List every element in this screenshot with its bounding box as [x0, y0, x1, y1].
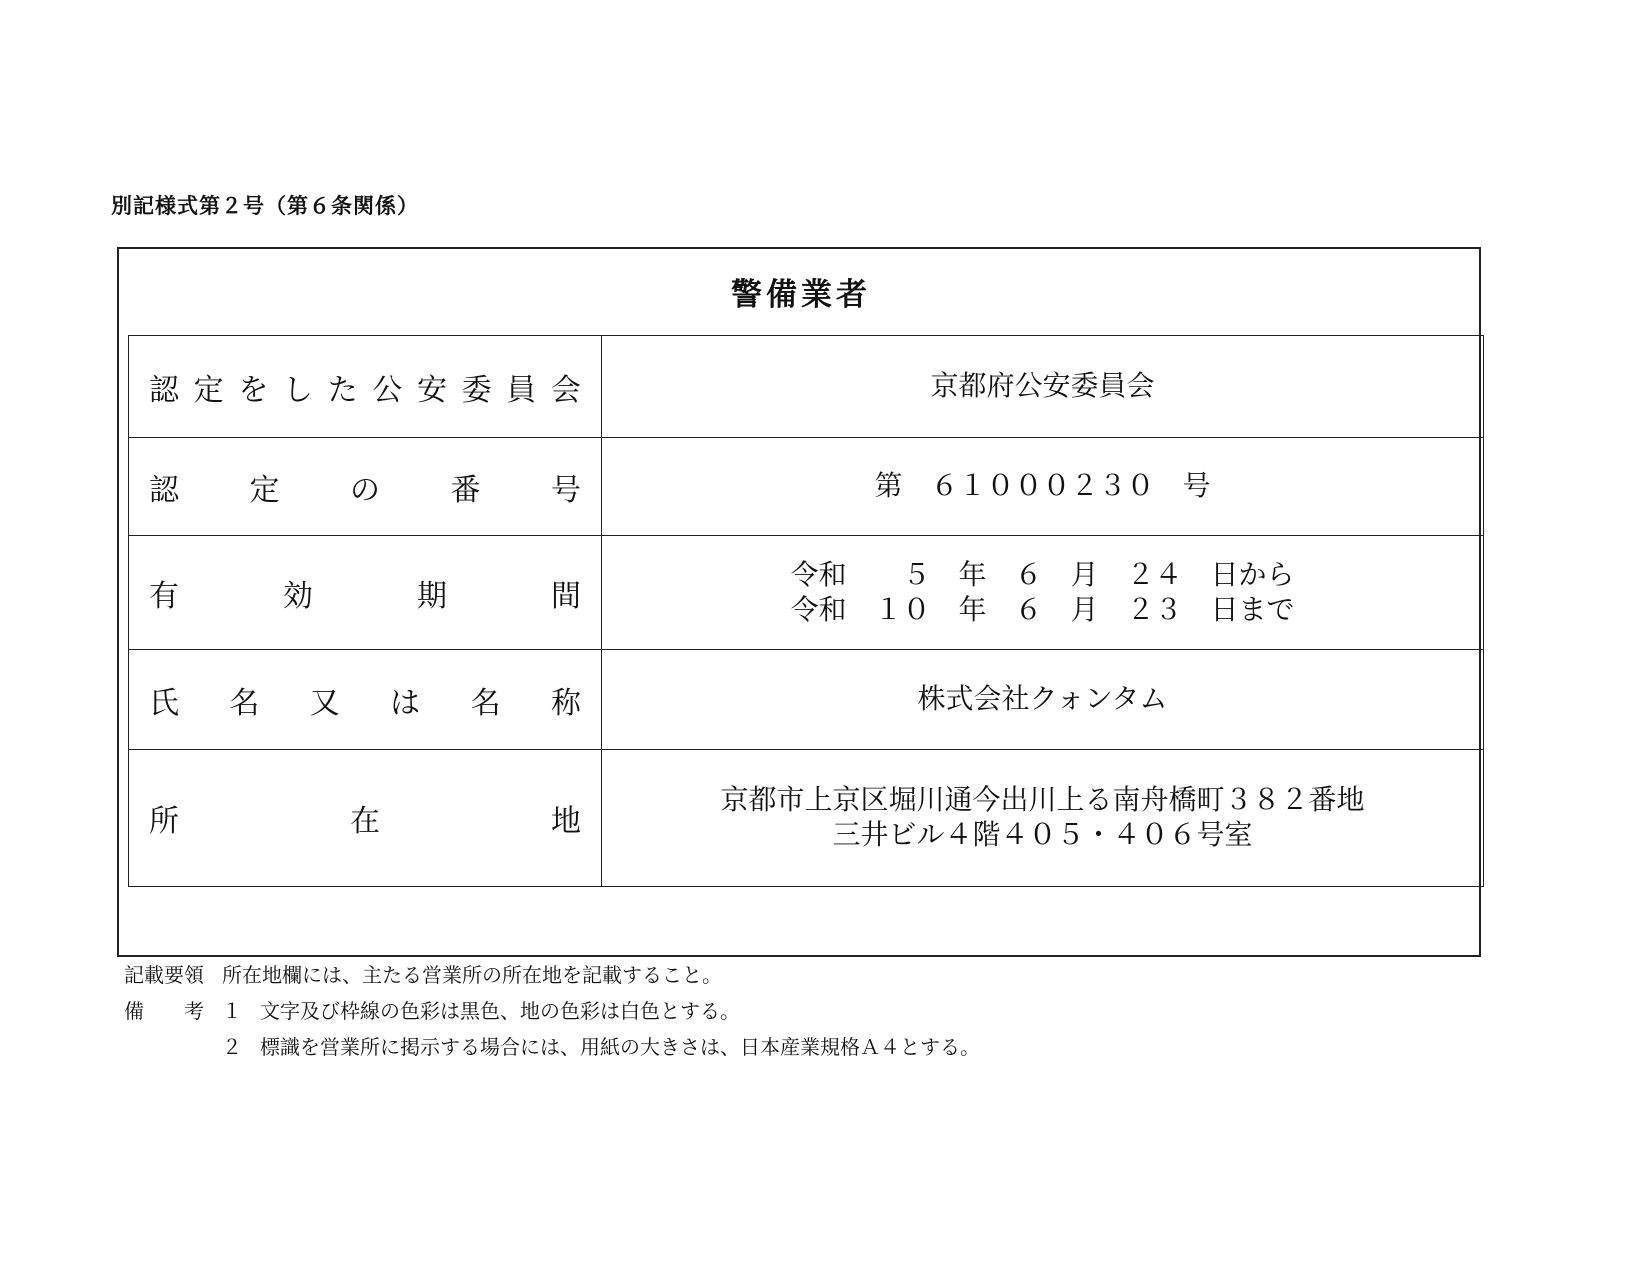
footnote-label: 記載要領 [124, 958, 222, 994]
sign-board: 警備業者 認定をした公安委員会 京都府公安委員会 認定の番号 第 ６１０００２３… [117, 247, 1481, 957]
footnote-text: 標識を営業所に掲示する場合には、用紙の大きさは、日本産業規格Ａ４とする。 [260, 1030, 980, 1066]
footnote-text: 所在地欄には、主たる営業所の所在地を記載すること。 [222, 958, 722, 994]
row-label-address: 所在地 [129, 750, 602, 887]
table-row-certification-number: 認定の番号 第 ６１０００２３０ 号 [129, 438, 1484, 536]
sign-title: 警備業者 [119, 269, 1479, 314]
row-value-certifying-commission: 京都府公安委員会 [602, 336, 1484, 438]
row-value-text-line-2: 令和 １０ 年 ６ 月 ２３ 日まで [610, 593, 1475, 628]
row-label-text: 認定をした公安委員会 [149, 365, 581, 409]
row-value-certification-number: 第 ６１０００２３０ 号 [602, 438, 1484, 536]
footnotes: 記載要領 所在地欄には、主たる営業所の所在地を記載すること。 備 考 １ 文字及… [124, 958, 980, 1066]
row-label-text: 氏名又は名称 [149, 678, 581, 722]
row-label-text: 所在地 [149, 796, 581, 840]
footnote-line-guideline: 記載要領 所在地欄には、主たる営業所の所在地を記載すること。 [124, 958, 980, 994]
row-label-validity-period: 有効期間 [129, 536, 602, 650]
table-row-name-or-title: 氏名又は名称 株式会社クォンタム [129, 650, 1484, 750]
row-value-address: 京都市上京区堀川通今出川上る南舟橋町３８２番地 三井ビル４階４０５・４０６号室 [602, 750, 1484, 887]
row-value-text: 株式会社クォンタム [610, 682, 1475, 717]
row-value-text-line-1: 京都市上京区堀川通今出川上る南舟橋町３８２番地 [610, 783, 1475, 818]
form-number-label: 別記様式第２号（第６条関係） [111, 190, 419, 220]
footnote-label: 備 考 [124, 994, 222, 1030]
row-label-text: 有効期間 [149, 571, 581, 615]
footnote-text: 文字及び枠線の色彩は黒色、地の色彩は白色とする。 [260, 994, 740, 1030]
footnote-number: １ [222, 994, 260, 1030]
row-label-certifying-commission: 認定をした公安委員会 [129, 336, 602, 438]
table-row-validity-period: 有効期間 令和 ５ 年 ６ 月 ２４ 日から 令和 １０ 年 ６ 月 ２３ 日ま… [129, 536, 1484, 650]
table-row-address: 所在地 京都市上京区堀川通今出川上る南舟橋町３８２番地 三井ビル４階４０５・４０… [129, 750, 1484, 887]
table-row-certifying-commission: 認定をした公安委員会 京都府公安委員会 [129, 336, 1484, 438]
row-value-text: 第 ６１０００２３０ 号 [610, 469, 1475, 504]
footnote-number: ２ [222, 1030, 260, 1066]
sign-table: 認定をした公安委員会 京都府公安委員会 認定の番号 第 ６１０００２３０ 号 有… [128, 335, 1484, 887]
row-value-text-line-1: 令和 ５ 年 ６ 月 ２４ 日から [610, 558, 1475, 593]
row-value-name-or-title: 株式会社クォンタム [602, 650, 1484, 750]
footnote-label [124, 1030, 222, 1066]
row-label-name-or-title: 氏名又は名称 [129, 650, 602, 750]
footnote-line-remark-2: ２ 標識を営業所に掲示する場合には、用紙の大きさは、日本産業規格Ａ４とする。 [124, 1030, 980, 1066]
row-value-text: 京都府公安委員会 [610, 369, 1475, 404]
row-value-text-line-2: 三井ビル４階４０５・４０６号室 [610, 818, 1475, 853]
row-value-validity-period: 令和 ５ 年 ６ 月 ２４ 日から 令和 １０ 年 ６ 月 ２３ 日まで [602, 536, 1484, 650]
row-label-certification-number: 認定の番号 [129, 438, 602, 536]
row-label-text: 認定の番号 [149, 465, 581, 509]
footnote-line-remark-1: 備 考 １ 文字及び枠線の色彩は黒色、地の色彩は白色とする。 [124, 994, 980, 1030]
